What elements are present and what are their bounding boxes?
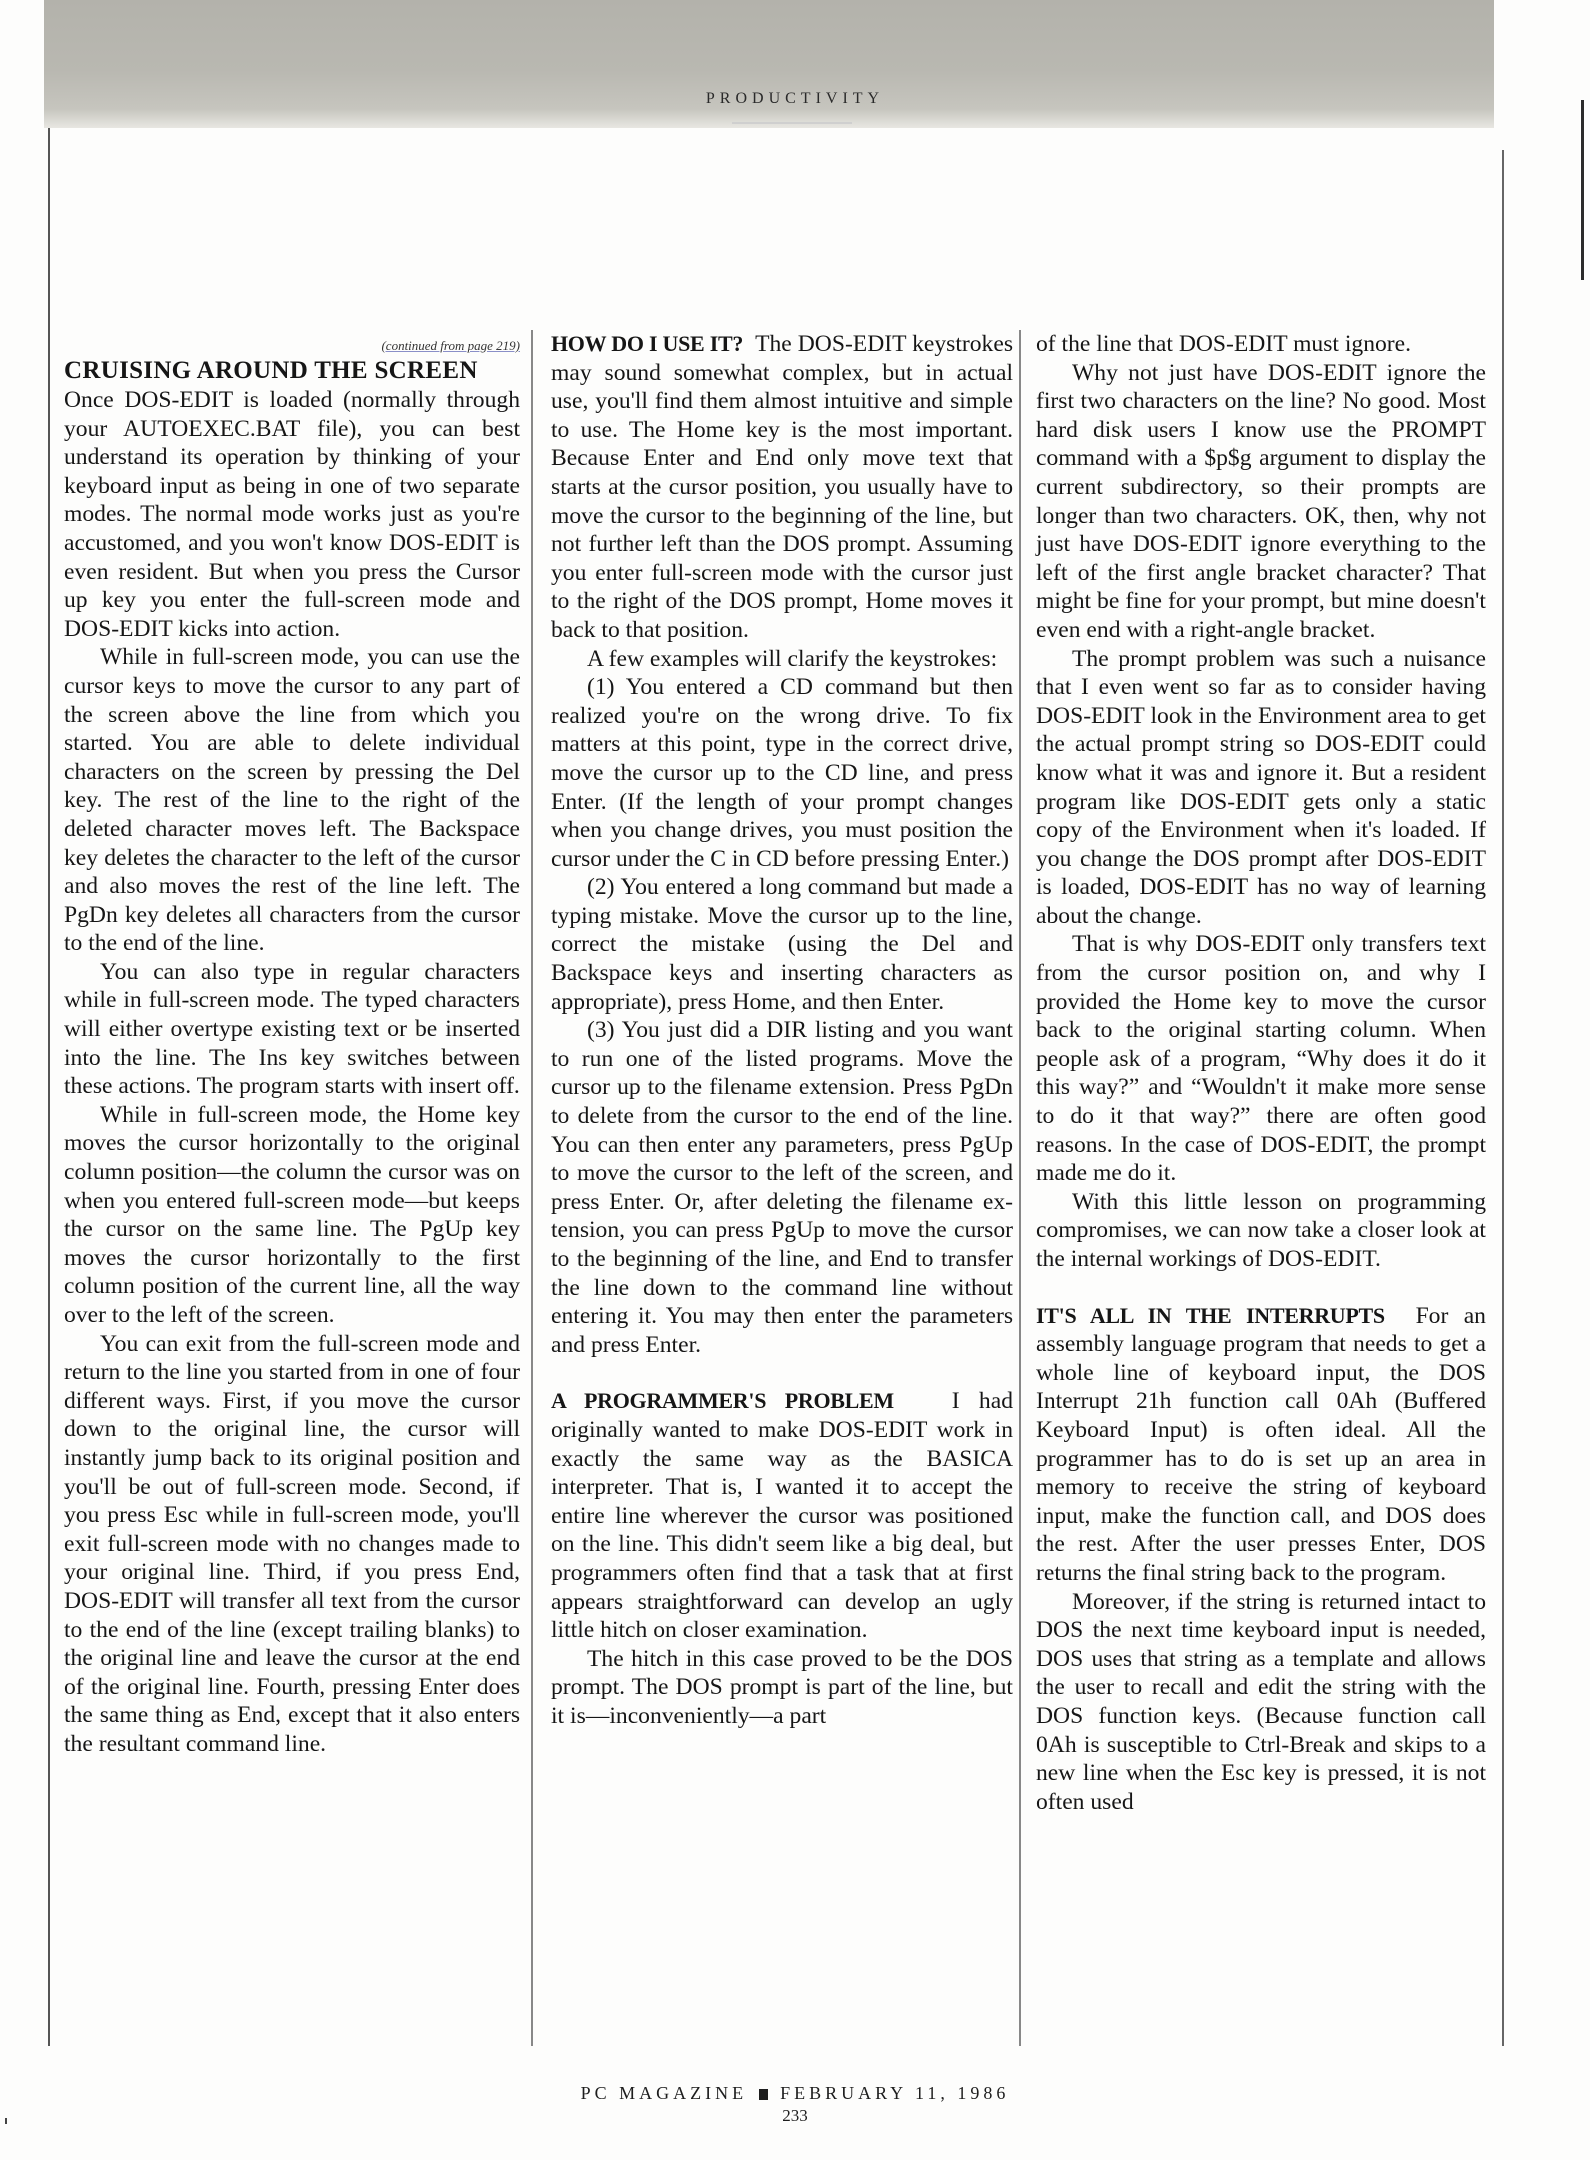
paragraph-with-lead: HOW DO I USE IT? The DOS-EDIT keystrokes… [551, 330, 1013, 645]
page-frame-left-rule [48, 128, 50, 2046]
paragraph: (2) You entered a long command but made … [551, 873, 1013, 1016]
article-column-1: (continued from page 219) CRUISING AROUN… [64, 330, 520, 1759]
paragraph: While in full-screen mode, the Home key … [64, 1101, 520, 1330]
paragraph: With this little lesson on programming c… [1036, 1188, 1486, 1274]
section-rule [732, 122, 852, 124]
publication-name: PC MAGAZINE [581, 2083, 748, 2103]
paragraph-text: The DOS-EDIT keystrokes may sound somewh… [551, 331, 1013, 643]
paragraph: You can exit from the full-screen mode a… [64, 1330, 520, 1759]
paragraph: A few examples will clarify the key­stro… [551, 645, 1013, 674]
section-label: PRODUCTIVITY [0, 90, 1590, 108]
square-bullet-icon [759, 2089, 768, 2100]
article-column-3: of the line that DOS-EDIT must ignore. W… [1036, 330, 1486, 1816]
paragraph: Moreover, if the string is returned inta… [1036, 1588, 1486, 1817]
scan-speck [5, 2118, 7, 2124]
page-number: 233 [0, 2106, 1590, 2126]
paragraph: (1) You entered a CD command but then re… [551, 673, 1013, 873]
paragraph: While in full-screen mode, you can use t… [64, 643, 520, 958]
paragraph-with-lead: IT'S ALL IN THE INTERRUPTS For an assemb… [1036, 1302, 1486, 1588]
header-band [44, 0, 1494, 128]
continued-from-note[interactable]: (continued from page 219) [64, 336, 520, 356]
paragraph-text: I had originally wanted to make DOS-EDIT… [551, 1388, 1013, 1643]
paragraph-with-lead: A PROGRAMMER'S PROBLEM I had originally … [551, 1387, 1013, 1644]
paragraph: of the line that DOS-EDIT must ignore. [1036, 330, 1486, 359]
column-divider-2 [1019, 330, 1021, 2046]
paragraph: Why not just have DOS-EDIT ignore the fi… [1036, 359, 1486, 645]
paragraph: The hitch in this case proved to be the … [551, 1645, 1013, 1731]
paragraph: (3) You just did a DIR listing and you w… [551, 1016, 1013, 1359]
article-column-2: HOW DO I USE IT? The DOS-EDIT keystrokes… [551, 330, 1013, 1731]
paragraph: Once DOS-EDIT is loaded (normally throug… [64, 386, 520, 643]
page-footer: PC MAGAZINEFEBRUARY 11, 1986 [0, 2083, 1590, 2104]
paragraph: That is why DOS-EDIT only transfers text… [1036, 930, 1486, 1187]
paragraph-text: For an assembly language program that ne… [1036, 1303, 1486, 1586]
section-heading: IT'S ALL IN THE INTERRUPTS [1036, 1303, 1385, 1328]
column-divider-1 [531, 330, 533, 2046]
paragraph: The prompt problem was such a nui­sance … [1036, 645, 1486, 931]
page-frame-right-rule [1502, 150, 1504, 2046]
section-heading: A PROGRAMMER'S PROBLEM [551, 1388, 894, 1413]
section-heading: CRUISING AROUND THE SCREEN [64, 356, 520, 386]
issue-date: FEBRUARY 11, 1986 [780, 2083, 1009, 2103]
scan-edge-mark [1581, 100, 1584, 280]
paragraph: You can also type in regular characters … [64, 958, 520, 1101]
section-heading: HOW DO I USE IT? [551, 331, 743, 356]
